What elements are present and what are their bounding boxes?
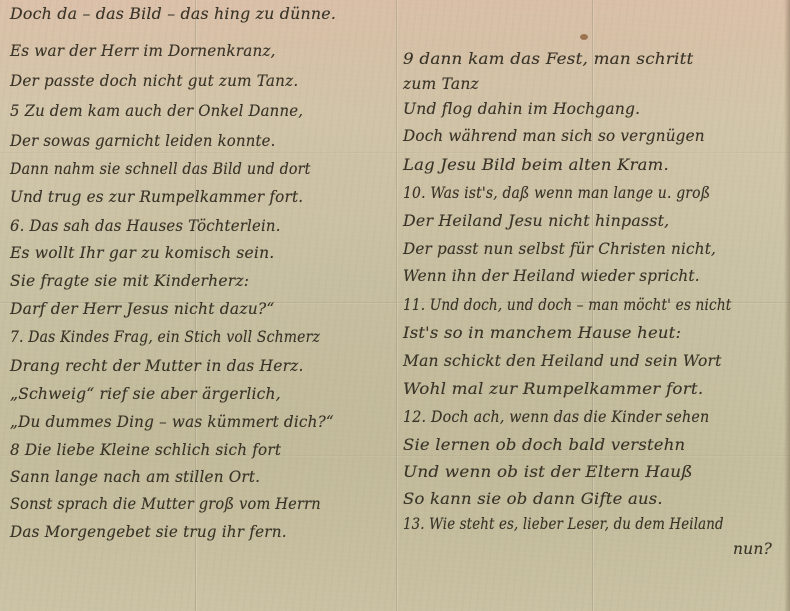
text-line: Wenn ihn der Heiland wieder spricht. bbox=[403, 267, 700, 285]
text-line: Der Heiland Jesu nicht hinpasst, bbox=[403, 212, 669, 230]
text-line: Ist's so in manchem Hause heut: bbox=[403, 324, 681, 342]
ink-stain bbox=[580, 34, 588, 40]
text-line: 11. Und doch, und doch – man möcht' es n… bbox=[403, 296, 731, 314]
text-line: 10. Was ist's, daß wenn man lange u. gro… bbox=[403, 184, 710, 202]
text-line: Sie lernen ob doch bald verstehn bbox=[403, 436, 685, 454]
fold-line-center bbox=[396, 0, 398, 611]
text-line: 12. Doch ach, wenn das die Kinder sehen bbox=[403, 408, 709, 426]
text-line: Darf der Herr Jesus nicht dazu?“ bbox=[10, 300, 275, 318]
text-line: Dann nahm sie schnell das Bild und dort bbox=[10, 160, 311, 178]
text-line: Sann lange nach am stillen Ort. bbox=[10, 468, 260, 486]
text-line: Lag Jesu Bild beim alten Kram. bbox=[403, 156, 669, 174]
text-line: Das Morgengebet sie trug ihr fern. bbox=[10, 523, 287, 541]
text-line: Es wollt Ihr gar zu komisch sein. bbox=[10, 244, 274, 262]
fold-line-horizontal bbox=[0, 152, 790, 154]
text-line: 7. Das Kindes Frag, ein Stich voll Schme… bbox=[10, 328, 320, 346]
text-line: Der passte doch nicht gut zum Tanz. bbox=[10, 72, 298, 90]
text-line: 9 dann kam das Fest, man schritt bbox=[403, 50, 693, 68]
text-line: Und flog dahin im Hochgang. bbox=[403, 100, 640, 118]
text-line: 8 Die liebe Kleine schlich sich fort bbox=[10, 441, 281, 459]
text-line: nun? bbox=[733, 540, 772, 558]
text-line: Der sowas garnicht leiden konnte. bbox=[10, 132, 276, 150]
text-line: Man schickt den Heiland und sein Wort bbox=[403, 352, 722, 370]
text-line: Und trug es zur Rumpelkammer fort. bbox=[10, 188, 303, 206]
text-line: Doch während man sich so vergnügen bbox=[403, 127, 705, 145]
text-line: Sonst sprach die Mutter groß vom Herrn bbox=[10, 495, 321, 513]
text-line: Der passt nun selbst für Christen nicht, bbox=[403, 240, 716, 258]
text-line: 13. Wie steht es, lieber Leser, du dem H… bbox=[403, 515, 724, 533]
text-line: „Du dummes Ding – was kümmert dich?“ bbox=[10, 413, 334, 431]
text-line: zum Tanz bbox=[403, 75, 479, 93]
text-line: So kann sie ob dann Gifte aus. bbox=[403, 490, 663, 508]
text-line: Drang recht der Mutter in das Herz. bbox=[10, 357, 304, 375]
text-line: Es war der Herr im Dornenkranz, bbox=[10, 42, 276, 60]
text-line: 5 Zu dem kam auch der Onkel Danne, bbox=[10, 102, 303, 120]
text-line: 6. Das sah das Hauses Töchterlein. bbox=[10, 217, 281, 235]
text-line: Und wenn ob ist der Eltern Hauß bbox=[403, 463, 693, 481]
text-line: „Schweig“ rief sie aber ärgerlich, bbox=[10, 385, 281, 403]
text-line: Doch da – das Bild – das hing zu dünne. bbox=[10, 5, 336, 23]
text-line: Wohl mal zur Rumpelkammer fort. bbox=[403, 380, 703, 398]
text-line: Sie fragte sie mit Kinderherz: bbox=[10, 272, 249, 290]
paper-edge bbox=[784, 0, 790, 611]
